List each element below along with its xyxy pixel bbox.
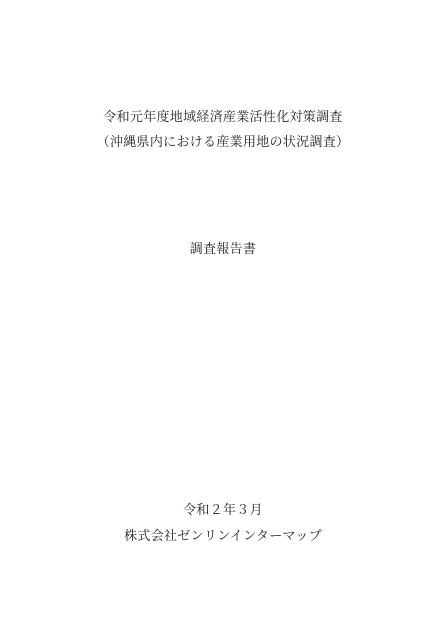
publication-date: 令和２年３月 <box>0 503 446 519</box>
company-name: 株式会社ゼンリンインターマップ <box>0 529 446 545</box>
document-title: 令和元年度地域経済産業活性化対策調査 <box>0 110 446 126</box>
cover-page: 令和元年度地域経済産業活性化対策調査 （沖縄県内における産業用地の状況調査） 調… <box>0 0 446 630</box>
document-subtitle: （沖縄県内における産業用地の状況調査） <box>0 135 446 151</box>
report-type: 調査報告書 <box>0 242 446 258</box>
